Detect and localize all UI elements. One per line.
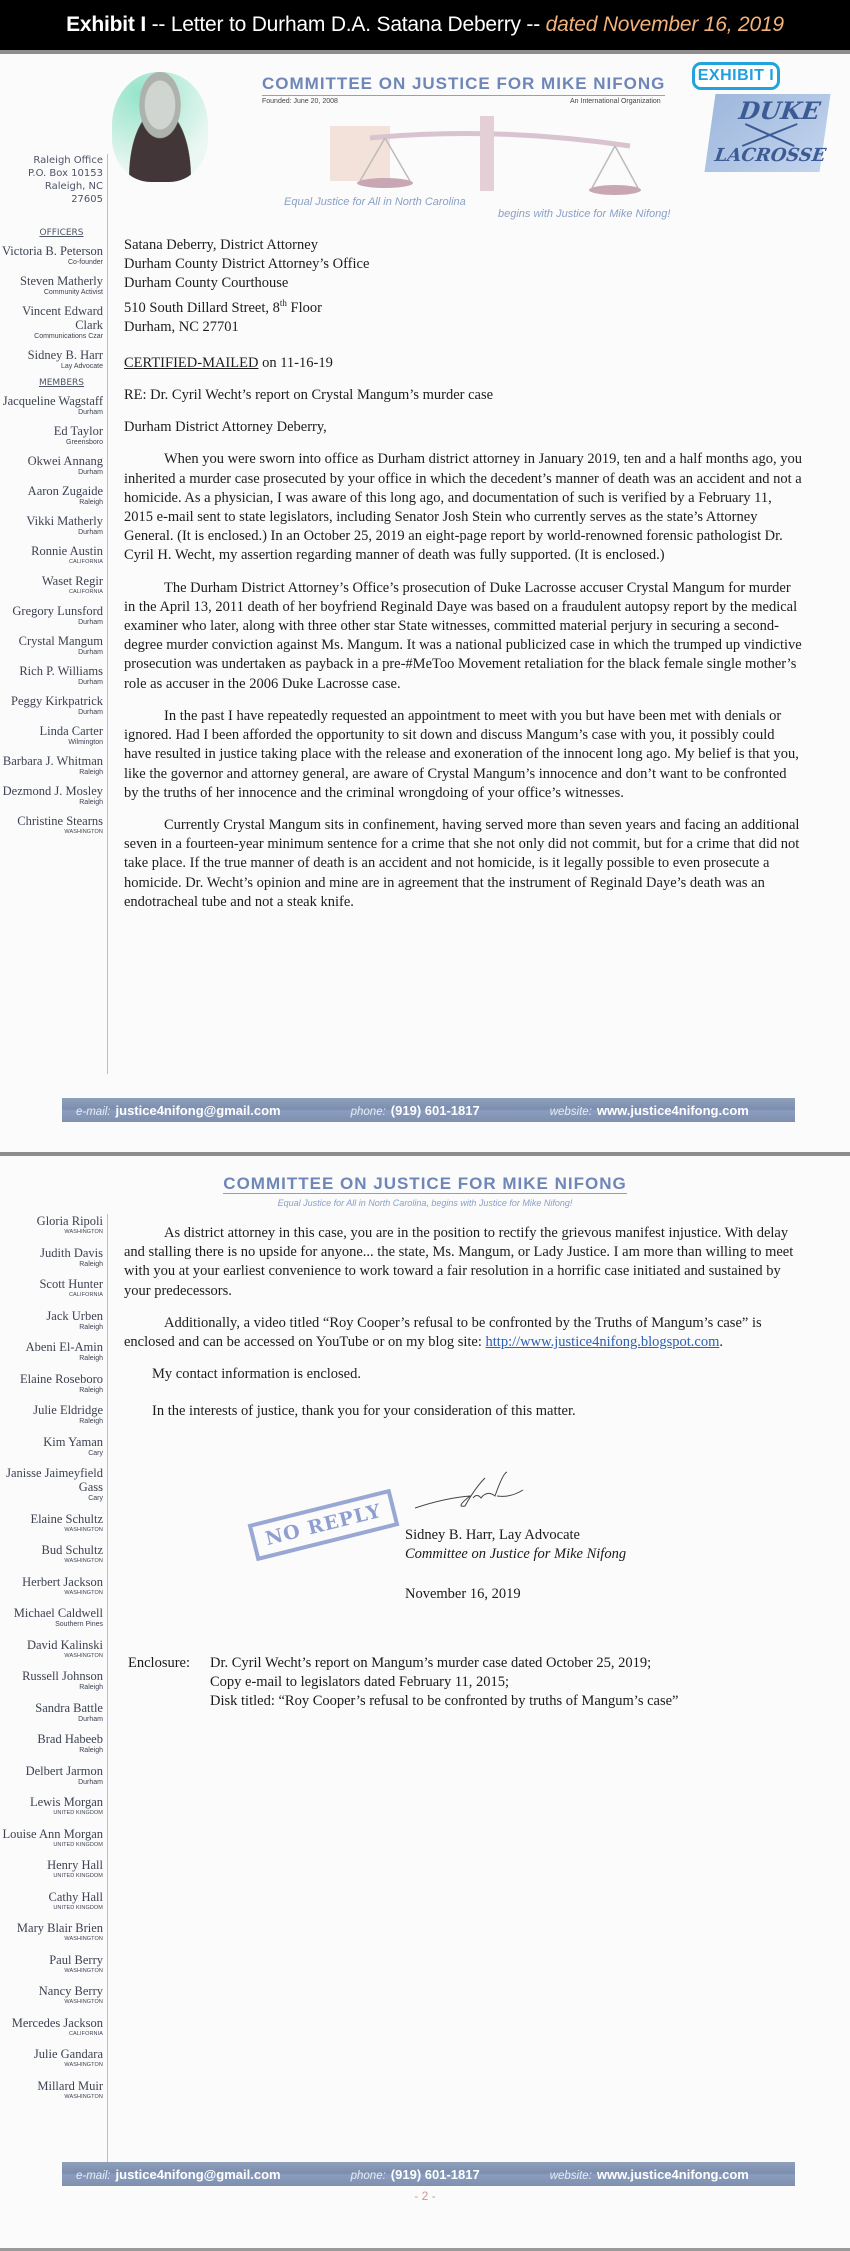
member-entry: Delbert JarmonDurham bbox=[0, 1764, 103, 1787]
member-entry: Gregory LunsfordDurham bbox=[0, 604, 103, 627]
lacrosse-logo-bottom: LACROSSE bbox=[713, 145, 827, 166]
member-name: Jack Urben bbox=[0, 1309, 103, 1323]
paragraph: Currently Crystal Mangum sits in confine… bbox=[124, 816, 804, 912]
member-location: WASHINGTON bbox=[0, 1998, 103, 2007]
exhibit-badge: EXHIBIT I bbox=[692, 62, 780, 90]
member-entry: Waset RegirCALIFORNIA bbox=[0, 574, 103, 597]
member-name: Janisse Jaimeyfield Gass bbox=[0, 1466, 103, 1494]
member-name: Sidney B. Harr bbox=[0, 348, 103, 362]
member-entry: Louise Ann MorganUNITED KINGDOM bbox=[0, 1827, 103, 1850]
member-location: Raleigh bbox=[0, 1746, 103, 1755]
contact-footer: e-mail:justice4nifong@gmail.com phone:(9… bbox=[62, 1098, 795, 1122]
committee-sidebar: Raleigh Office P.O. Box 10153 Raleigh, N… bbox=[0, 154, 108, 1074]
tagline-part1: Equal Justice for All in North Carolina bbox=[284, 196, 466, 208]
committee-sidebar: Gloria RipoliWASHINGTONJudith DavisRalei… bbox=[0, 1214, 108, 2164]
member-entry: Linda CarterWilmington bbox=[0, 724, 103, 747]
member-entry: Janisse Jaimeyfield GassCary bbox=[0, 1466, 103, 1503]
letter-page-2: COMMITTEE ON JUSTICE FOR MIKE NIFONG Equ… bbox=[0, 1152, 850, 2251]
member-entry: Vikki MatherlyDurham bbox=[0, 514, 103, 537]
member-name: Julie Gandara bbox=[0, 2047, 103, 2061]
member-name: Gloria Ripoli bbox=[0, 1214, 103, 1228]
member-name: Ronnie Austin bbox=[0, 544, 103, 558]
member-name: Linda Carter bbox=[0, 724, 103, 738]
re-line: RE: Dr. Cyril Wecht’s report on Crystal … bbox=[124, 386, 804, 405]
member-entry: Lewis MorganUNITED KINGDOM bbox=[0, 1795, 103, 1818]
member-name: Nancy Berry bbox=[0, 1984, 103, 1998]
member-name: Delbert Jarmon bbox=[0, 1764, 103, 1778]
member-location: Communications Czar bbox=[0, 332, 103, 341]
signature-block: Sidney B. Harr, Lay Advocate Committee o… bbox=[405, 1526, 626, 1564]
enclosure-item: Dr. Cyril Wecht’s report on Mangum’s mur… bbox=[210, 1654, 678, 1673]
member-entry: Jack UrbenRaleigh bbox=[0, 1309, 103, 1332]
letter-body-page-1: Satana Deberry, District Attorney Durham… bbox=[124, 236, 804, 925]
member-location: WASHINGTON bbox=[0, 1589, 103, 1598]
member-entry: Bud SchultzWASHINGTON bbox=[0, 1543, 103, 1566]
member-name: Bud Schultz bbox=[0, 1543, 103, 1557]
member-location: Durham bbox=[0, 528, 103, 537]
member-entry: Crystal MangumDurham bbox=[0, 634, 103, 657]
contact-footer: e-mail:justice4nifong@gmail.com phone:(9… bbox=[62, 2162, 795, 2186]
member-location: UNITED KINGDOM bbox=[0, 1904, 103, 1913]
member-name: Crystal Mangum bbox=[0, 634, 103, 648]
member-location: Raleigh bbox=[0, 1323, 103, 1332]
member-entry: Abeni El-AminRaleigh bbox=[0, 1340, 103, 1363]
member-location: Durham bbox=[0, 618, 103, 627]
exhibit-title: Letter to Durham D.A. Satana Deberry bbox=[171, 13, 521, 37]
officers-heading: OFFICERS bbox=[0, 228, 103, 238]
signer-name: Sidney B. Harr, Lay Advocate bbox=[405, 1526, 626, 1545]
org-name: COMMITTEE ON JUSTICE FOR MIKE NIFONG bbox=[262, 74, 665, 96]
member-entry: Ronnie AustinCALIFORNIA bbox=[0, 544, 103, 567]
member-entry: Christine StearnsWASHINGTON bbox=[0, 814, 103, 837]
member-name: Vincent Edward Clark bbox=[0, 304, 103, 332]
member-entry: David KalinskiWASHINGTON bbox=[0, 1638, 103, 1661]
member-location: WASHINGTON bbox=[0, 2093, 103, 2102]
member-name: Judith Davis bbox=[0, 1246, 103, 1260]
member-entry: Ed TaylorGreensboro bbox=[0, 424, 103, 447]
paragraph: As district attorney in this case, you a… bbox=[124, 1224, 804, 1301]
member-location: WASHINGTON bbox=[0, 2061, 103, 2070]
member-location: Durham bbox=[0, 708, 103, 717]
member-name: Paul Berry bbox=[0, 1953, 103, 1967]
recipient-address: Satana Deberry, District Attorney Durham… bbox=[124, 236, 804, 337]
member-entry: Brad HabeebRaleigh bbox=[0, 1732, 103, 1755]
no-reply-stamp: NO REPLY bbox=[248, 1489, 400, 1561]
enclosure-list: Enclosure: Dr. Cyril Wecht’s report on M… bbox=[128, 1654, 678, 1711]
member-location: Durham bbox=[0, 408, 103, 417]
member-location: Cary bbox=[0, 1494, 103, 1503]
member-name: Millard Muir bbox=[0, 2079, 103, 2093]
website-link[interactable]: www.justice4nifong.com bbox=[597, 1103, 749, 1118]
member-entry: Kim YamanCary bbox=[0, 1435, 103, 1458]
member-location: Co-founder bbox=[0, 258, 103, 267]
member-name: Julie Eldridge bbox=[0, 1403, 103, 1417]
certified-mail-line: CERTIFIED-MAILED on 11-16-19 bbox=[124, 354, 804, 373]
member-location: CALIFORNIA bbox=[0, 2030, 103, 2039]
member-name: Mary Blair Brien bbox=[0, 1921, 103, 1935]
member-entry: Nancy BerryWASHINGTON bbox=[0, 1984, 103, 2007]
member-name: Aaron Zugaide bbox=[0, 484, 103, 498]
org-name: COMMITTEE ON JUSTICE FOR MIKE NIFONG bbox=[0, 1174, 850, 1194]
member-entry: Herbert JacksonWASHINGTON bbox=[0, 1575, 103, 1598]
member-name: Kim Yaman bbox=[0, 1435, 103, 1449]
tagline: Equal Justice for All in North Carolina,… bbox=[0, 1198, 850, 1208]
members-heading: MEMBERS bbox=[0, 378, 103, 388]
member-name: Mercedes Jackson bbox=[0, 2016, 103, 2030]
member-location: Raleigh bbox=[0, 1417, 103, 1426]
member-location: WASHINGTON bbox=[0, 1652, 103, 1661]
member-location: WASHINGTON bbox=[0, 1557, 103, 1566]
member-entry: Steven MatherlyCommunity Activist bbox=[0, 274, 103, 297]
member-name: Russell Johnson bbox=[0, 1669, 103, 1683]
member-name: Michael Caldwell bbox=[0, 1606, 103, 1620]
member-location: UNITED KINGDOM bbox=[0, 1872, 103, 1881]
member-name: Abeni El-Amin bbox=[0, 1340, 103, 1354]
email-link[interactable]: justice4nifong@gmail.com bbox=[116, 1103, 281, 1118]
member-location: Durham bbox=[0, 678, 103, 687]
member-entry: Judith DavisRaleigh bbox=[0, 1246, 103, 1269]
officers-list: Victoria B. PetersonCo-founderSteven Mat… bbox=[0, 244, 103, 371]
member-entry: Rich P. WilliamsDurham bbox=[0, 664, 103, 687]
member-entry: Aaron ZugaideRaleigh bbox=[0, 484, 103, 507]
member-name: Victoria B. Peterson bbox=[0, 244, 103, 258]
member-name: Steven Matherly bbox=[0, 274, 103, 288]
member-name: Rich P. Williams bbox=[0, 664, 103, 678]
member-location: UNITED KINGDOM bbox=[0, 1809, 103, 1818]
member-location: WASHINGTON bbox=[0, 1935, 103, 1944]
member-location: CALIFORNIA bbox=[0, 558, 103, 567]
member-name: Barbara J. Whitman bbox=[0, 754, 103, 768]
paragraph: In the interests of justice, thank you f… bbox=[124, 1402, 804, 1421]
member-entry: Vincent Edward ClarkCommunications Czar bbox=[0, 304, 103, 341]
member-name: Ed Taylor bbox=[0, 424, 103, 438]
portrait-photo bbox=[112, 72, 208, 182]
member-location: Cary bbox=[0, 1449, 103, 1458]
website-link[interactable]: www.justice4nifong.com bbox=[597, 2167, 749, 2182]
duke-lacrosse-logo: DUKE LACROSSE bbox=[705, 94, 831, 172]
international-label: An International Organization bbox=[570, 98, 661, 105]
paragraph: The Durham District Attorney’s Office’s … bbox=[124, 579, 804, 694]
member-entry: Okwei AnnangDurham bbox=[0, 454, 103, 477]
letter-body-page-2: As district attorney in this case, you a… bbox=[124, 1224, 804, 1435]
member-entry: Russell JohnsonRaleigh bbox=[0, 1669, 103, 1692]
member-entry: Gloria RipoliWASHINGTON bbox=[0, 1214, 103, 1237]
member-location: Raleigh bbox=[0, 798, 103, 807]
member-location: WASHINGTON bbox=[0, 828, 103, 837]
member-entry: Henry HallUNITED KINGDOM bbox=[0, 1858, 103, 1881]
founded-date: Founded: June 20, 2008 bbox=[262, 98, 338, 105]
member-location: Raleigh bbox=[0, 1386, 103, 1395]
member-location: WASHINGTON bbox=[0, 1967, 103, 1976]
letterhead-banner: COMMITTEE ON JUSTICE FOR MIKE NIFONG Fou… bbox=[0, 54, 850, 224]
member-entry: Julie EldridgeRaleigh bbox=[0, 1403, 103, 1426]
paragraph: In the past I have repeatedly requested … bbox=[124, 707, 804, 803]
member-location: WASHINGTON bbox=[0, 1228, 103, 1237]
member-entry: Jacqueline WagstaffDurham bbox=[0, 394, 103, 417]
blog-link[interactable]: http://www.justice4nifong.blogspot.com bbox=[486, 1334, 720, 1350]
member-location: Community Activist bbox=[0, 288, 103, 297]
member-name: Elaine Schultz bbox=[0, 1512, 103, 1526]
member-entry: Sidney B. HarrLay Advocate bbox=[0, 348, 103, 371]
member-entry: Cathy HallUNITED KINGDOM bbox=[0, 1890, 103, 1913]
members-list: Jacqueline WagstaffDurhamEd TaylorGreens… bbox=[0, 394, 103, 837]
page-number: - 2 - bbox=[0, 2189, 850, 2203]
member-name: Brad Habeeb bbox=[0, 1732, 103, 1746]
member-entry: Paul BerryWASHINGTON bbox=[0, 1953, 103, 1976]
member-name: Peggy Kirkpatrick bbox=[0, 694, 103, 708]
member-entry: Barbara J. WhitmanRaleigh bbox=[0, 754, 103, 777]
member-location: Southern Pines bbox=[0, 1620, 103, 1629]
signer-org: Committee on Justice for Mike Nifong bbox=[405, 1545, 626, 1564]
member-location: WASHINGTON bbox=[0, 1526, 103, 1535]
title-separator: -- bbox=[521, 13, 546, 37]
member-entry: Elaine RoseboroRaleigh bbox=[0, 1372, 103, 1395]
enclosure-label: Enclosure: bbox=[128, 1654, 210, 1711]
member-name: Lewis Morgan bbox=[0, 1795, 103, 1809]
member-name: Louise Ann Morgan bbox=[0, 1827, 103, 1841]
member-entry: Julie GandaraWASHINGTON bbox=[0, 2047, 103, 2070]
member-location: Greensboro bbox=[0, 438, 103, 447]
member-location: Raleigh bbox=[0, 498, 103, 507]
member-entry: Millard MuirWASHINGTON bbox=[0, 2079, 103, 2102]
member-location: Raleigh bbox=[0, 768, 103, 777]
member-location: CALIFORNIA bbox=[0, 588, 103, 597]
member-entry: Mary Blair BrienWASHINGTON bbox=[0, 1921, 103, 1944]
member-name: Dezmond J. Mosley bbox=[0, 784, 103, 798]
member-name: Scott Hunter bbox=[0, 1277, 103, 1291]
member-name: Cathy Hall bbox=[0, 1890, 103, 1904]
enclosure-item: Disk titled: “Roy Cooper’s refusal to be… bbox=[210, 1692, 678, 1711]
member-name: Waset Regir bbox=[0, 574, 103, 588]
enclosure-item: Copy e-mail to legislators dated Februar… bbox=[210, 1673, 678, 1692]
member-location: Lay Advocate bbox=[0, 362, 103, 371]
signature-date: November 16, 2019 bbox=[405, 1586, 521, 1603]
member-location: Durham bbox=[0, 648, 103, 657]
member-name: Herbert Jackson bbox=[0, 1575, 103, 1589]
member-name: Christine Stearns bbox=[0, 814, 103, 828]
exhibit-prefix: Exhibit I bbox=[66, 13, 146, 37]
member-entry: Sandra BattleDurham bbox=[0, 1701, 103, 1724]
member-location: Raleigh bbox=[0, 1354, 103, 1363]
member-entry: Michael CaldwellSouthern Pines bbox=[0, 1606, 103, 1629]
member-name: David Kalinski bbox=[0, 1638, 103, 1652]
paragraph: When you were sworn into office as Durha… bbox=[124, 450, 804, 565]
member-entry: Scott HunterCALIFORNIA bbox=[0, 1277, 103, 1300]
member-entry: Peggy KirkpatrickDurham bbox=[0, 694, 103, 717]
member-location: Durham bbox=[0, 1778, 103, 1787]
signature-icon bbox=[415, 1468, 525, 1512]
title-separator: -- bbox=[146, 13, 171, 37]
exhibit-title-bar: Exhibit I -- Letter to Durham D.A. Satan… bbox=[0, 0, 850, 50]
member-name: Sandra Battle bbox=[0, 1701, 103, 1715]
paragraph: Additionally, a video titled “Roy Cooper… bbox=[124, 1314, 804, 1352]
member-name: Henry Hall bbox=[0, 1858, 103, 1872]
email-link[interactable]: justice4nifong@gmail.com bbox=[116, 2167, 281, 2182]
paragraph: My contact information is enclosed. bbox=[124, 1365, 804, 1384]
member-location: Durham bbox=[0, 468, 103, 477]
office-address: Raleigh Office P.O. Box 10153 Raleigh, N… bbox=[0, 154, 103, 206]
scales-of-justice-icon bbox=[330, 116, 660, 196]
member-location: Durham bbox=[0, 1715, 103, 1724]
member-name: Vikki Matherly bbox=[0, 514, 103, 528]
member-name: Jacqueline Wagstaff bbox=[0, 394, 103, 408]
member-location: Raleigh bbox=[0, 1683, 103, 1692]
exhibit-date: dated November 16, 2019 bbox=[546, 13, 784, 37]
member-name: Gregory Lunsford bbox=[0, 604, 103, 618]
member-location: CALIFORNIA bbox=[0, 1291, 103, 1300]
phone-number: (919) 601-1817 bbox=[391, 1103, 480, 1118]
members-list: Gloria RipoliWASHINGTONJudith DavisRalei… bbox=[0, 1214, 103, 2102]
member-location: Raleigh bbox=[0, 1260, 103, 1269]
member-entry: Victoria B. PetersonCo-founder bbox=[0, 244, 103, 267]
member-location: Wilmington bbox=[0, 738, 103, 747]
salutation: Durham District Attorney Deberry, bbox=[124, 418, 804, 437]
member-entry: Dezmond J. MosleyRaleigh bbox=[0, 784, 103, 807]
member-entry: Elaine SchultzWASHINGTON bbox=[0, 1512, 103, 1535]
member-name: Elaine Roseboro bbox=[0, 1372, 103, 1386]
tagline-part2: begins with Justice for Mike Nifong! bbox=[498, 208, 670, 220]
phone-number: (919) 601-1817 bbox=[391, 2167, 480, 2182]
member-location: UNITED KINGDOM bbox=[0, 1841, 103, 1850]
member-entry: Mercedes JacksonCALIFORNIA bbox=[0, 2016, 103, 2039]
letter-page-1: COMMITTEE ON JUSTICE FOR MIKE NIFONG Fou… bbox=[0, 50, 850, 1152]
member-name: Okwei Annang bbox=[0, 454, 103, 468]
